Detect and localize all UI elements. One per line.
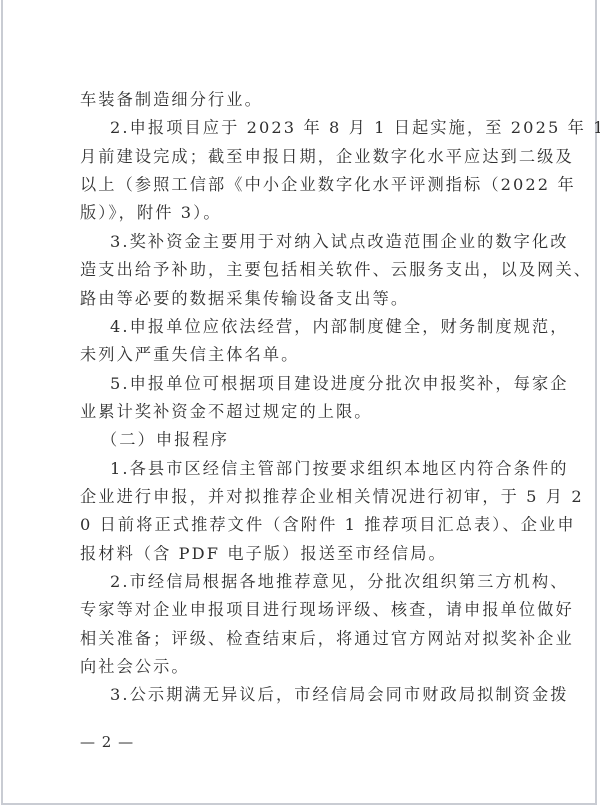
text-line: 车装备制造细分行业。: [80, 90, 525, 110]
text-line: 以上（参照工信部《中小企业数字化水平评测指标（2022 年: [80, 175, 525, 195]
document-page: 车装备制造细分行业。 2.申报项目应于 2023 年 8 月 1 日起实施，至 …: [1, 0, 597, 805]
page-number: — 2 —: [80, 733, 134, 751]
text-line: 未列入严重失信主体名单。: [80, 345, 525, 365]
text-line: 专家等对企业申报项目进行现场评级、核查，请申报单位做好: [80, 600, 525, 620]
text-line: 2.申报项目应于 2023 年 8 月 1 日起实施，至 2025 年 12: [110, 118, 525, 138]
text-line: 4.申报单位应依法经营，内部制度健全，财务制度规范，: [110, 317, 525, 337]
text-line: 向社会公示。: [80, 657, 525, 677]
text-line: 企业进行申报，并对拟推荐企业相关情况进行初审，于 5 月 2: [80, 487, 525, 507]
text-line: 相关准备；评级、检查结束后，将通过官方网站对拟奖补企业: [80, 629, 525, 649]
text-line: 业累计奖补资金不超过规定的上限。: [80, 402, 525, 422]
text-line: 版）》，附件 3）。: [80, 203, 525, 223]
text-line: 5.申报单位可根据项目建设进度分批次申报奖补，每家企: [110, 374, 525, 394]
text-line: 月前建设完成；截至申报日期，企业数字化水平应达到二级及: [80, 147, 525, 167]
text-line: 造支出给予补助，主要包括相关软件、云服务支出，以及网关、: [80, 260, 525, 280]
text-line: 3.奖补资金主要用于对纳入试点改造范围企业的数字化改: [110, 232, 525, 252]
text-line: 1.各县市区经信主管部门按要求组织本地区内符合条件的: [110, 459, 525, 479]
section-heading: （二）申报程序: [101, 430, 546, 450]
text-line: 2.市经信局根据各地推荐意见，分批次组织第三方机构、: [110, 572, 525, 592]
text-line: 0 日前将正式推荐文件（含附件 1 推荐项目汇总表）、企业申: [80, 515, 525, 535]
text-line: 报材料（含 PDF 电子版）报送至市经信局。: [80, 544, 525, 564]
text-line: 路由等必要的数据采集传输设备支出等。: [80, 289, 525, 309]
text-line: 3.公示期满无异议后，市经信局会同市财政局拟制资金拨: [110, 685, 525, 705]
